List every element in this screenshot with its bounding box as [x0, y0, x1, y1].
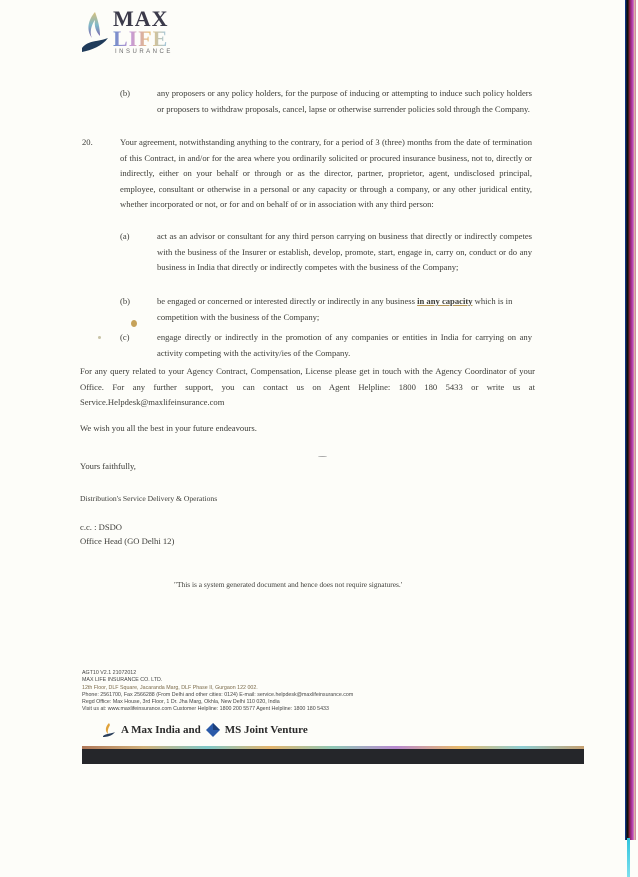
scan-speck — [131, 320, 137, 327]
clause-20b-text: be engaged or concerned or interested di… — [157, 294, 535, 325]
joint-venture-line: A Max India and MS Joint Venture — [102, 721, 308, 739]
jv-text-max-india: A Max India and — [121, 724, 201, 736]
system-generated-note: "This is a system generated document and… — [174, 577, 402, 593]
query-paragraph: For any query related to your Agency Con… — [80, 364, 535, 411]
letter-page: MAX LIFE INSURANCE (b) any proposers or … — [0, 0, 638, 877]
wishes-text: We wish you all the best in your future … — [80, 421, 257, 437]
footer-phone-email: Phone: 2561700, Fax 2566288 (From Delhi … — [82, 692, 353, 698]
footer-company-name: MAX LIFE INSURANCE CO. LTD. — [82, 677, 162, 683]
clause-20c-label: (c) — [120, 330, 130, 346]
scan-edge-stripe — [625, 0, 636, 840]
emphasis-in-any-capacity: in any capacity — [417, 296, 472, 306]
closing-salutation: Yours faithfully, — [80, 459, 136, 475]
clause-20-number: 20. — [82, 135, 93, 151]
scan-edge-tail — [627, 838, 630, 877]
clause-20a-label: (a) — [120, 229, 130, 245]
ms-diamond-icon — [206, 723, 220, 737]
clause-20c-text: engage directly or indirectly in the pro… — [157, 330, 532, 361]
clause-20-text: Your agreement, notwithstanding anything… — [120, 135, 532, 213]
cc-office-head: Office Head (GO Delhi 12) — [80, 534, 174, 550]
clause-20b-text-start: be engaged or concerned or interested di… — [157, 296, 417, 306]
clause-20b-label: (b) — [120, 294, 130, 310]
jv-text-ms: MS Joint Venture — [225, 724, 308, 736]
footer-address: 12th Floor, DLF Square, Jacaranda Marg, … — [82, 685, 258, 691]
footer-registered-office: Regd Office: Max House, 3rd Floor, 1 Dr.… — [82, 699, 280, 705]
max-flame-icon — [102, 722, 116, 738]
logo-text-insurance: INSURANCE — [115, 49, 173, 55]
footer-color-band — [82, 746, 584, 764]
clause-19b-label: (b) — [120, 86, 130, 102]
form-code: AGT10 V2.1 21072012 — [82, 670, 136, 676]
clause-19b-text: any proposers or any policy holders, for… — [157, 86, 532, 117]
scan-speck — [318, 456, 327, 457]
scan-speck — [98, 336, 101, 339]
footer-helplines: Visit us at: www.maxlifeinsurance.com Cu… — [82, 706, 329, 712]
max-life-logo: MAX LIFE INSURANCE — [80, 4, 180, 56]
flame-wave-logo-icon — [80, 10, 110, 54]
clause-20a-text: act as an advisor or consultant for any … — [157, 229, 532, 276]
signatory-department: Distribution's Service Delivery & Operat… — [80, 491, 217, 507]
